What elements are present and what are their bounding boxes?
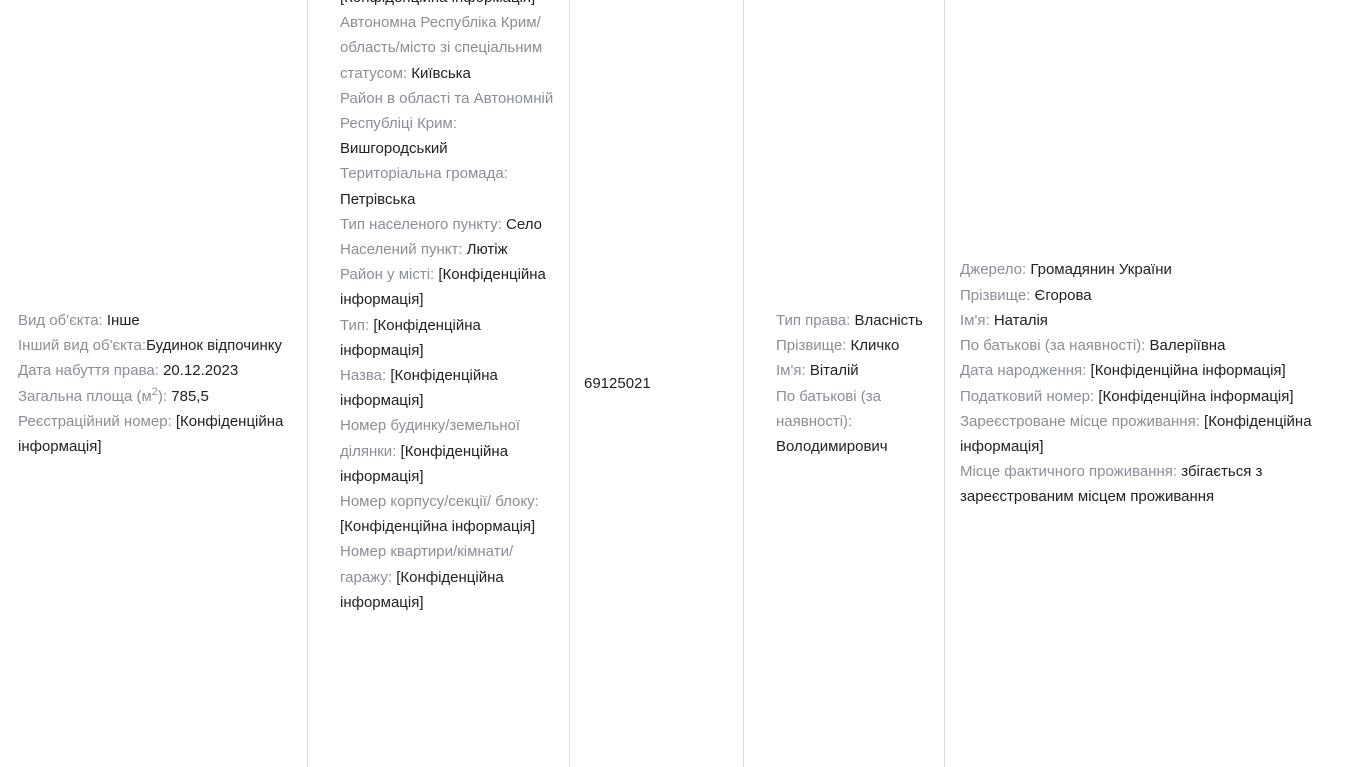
right-cell: Тип права: Власність Прізвище: Кличко Ім… — [743, 0, 944, 767]
address-region: Автономна Республіка Крим/область/місто … — [340, 10, 555, 86]
address-cell: [Конфіденційна інформація] Автономна Рес… — [307, 0, 569, 767]
address-settlement-type: Тип населеного пункту: Село — [340, 212, 555, 237]
owner-name: Ім'я: Наталія — [960, 308, 1352, 333]
object-cell: Вид об'єкта: Інше Інший вид об'єкта:Буди… — [0, 0, 307, 767]
address-city-district: Район у місті: [Конфіденційна інформація… — [340, 262, 555, 312]
address-community: Територіальна громада: Петрівська — [340, 161, 555, 211]
address-district: Район в області та Автономній Республіці… — [340, 86, 555, 162]
address-street-name: Назва: [Конфіденційна інформація] — [340, 363, 555, 413]
owner-registered-address: Зареєстроване місце проживання: [Конфіде… — [960, 409, 1352, 459]
right-surname: Прізвище: Кличко — [776, 333, 934, 358]
owner-tax-number: Податковий номер: [Конфіденційна інформа… — [960, 384, 1352, 409]
object-reg-number: Реєстраційний номер: [Конфіденційна інфо… — [18, 409, 295, 459]
owner-source: Джерело: Громадянин України — [960, 257, 1352, 282]
object-other-type: Інший вид об'єкта:Будинок відпочинку — [18, 333, 295, 358]
owner-patronymic: По батькові (за наявності): Валеріївна — [960, 333, 1352, 358]
object-area: Загальна площа (м2): 785,5 — [18, 384, 295, 409]
address-building: Номер корпусу/секції/ блоку: [Конфіденці… — [340, 489, 555, 539]
owner-cell: Джерело: Громадянин України Прізвище: Єг… — [944, 0, 1366, 767]
address-apartment: Номер квартири/кімнати/ гаражу: [Конфіде… — [340, 539, 555, 615]
right-type: Тип права: Власність — [776, 308, 934, 333]
right-patronymic: По батькові (за наявності): Володимирови… — [776, 384, 934, 460]
address-settlement: Населений пункт: Лютіж — [340, 237, 555, 262]
object-acquired-date: Дата набуття права: 20.12.2023 — [18, 358, 295, 383]
cost-value: 69125021 — [584, 371, 651, 396]
address-house: Номер будинку/земельної ділянки: [Конфід… — [340, 413, 555, 489]
address-top-value: [Конфіденційна інформація] — [340, 0, 555, 10]
right-name: Ім'я: Віталій — [776, 358, 934, 383]
owner-surname: Прізвище: Єгорова — [960, 283, 1352, 308]
owner-birthdate: Дата народження: [Конфіденційна інформац… — [960, 358, 1352, 383]
address-street-type: Тип: [Конфіденційна інформація] — [340, 313, 555, 363]
object-type: Вид об'єкта: Інше — [18, 308, 295, 333]
owner-actual-address: Місце фактичного проживання: збігається … — [960, 459, 1352, 509]
cost-cell: 69125021 — [569, 0, 743, 767]
declaration-table-row: Вид об'єкта: Інше Інший вид об'єкта:Буди… — [0, 0, 1366, 767]
